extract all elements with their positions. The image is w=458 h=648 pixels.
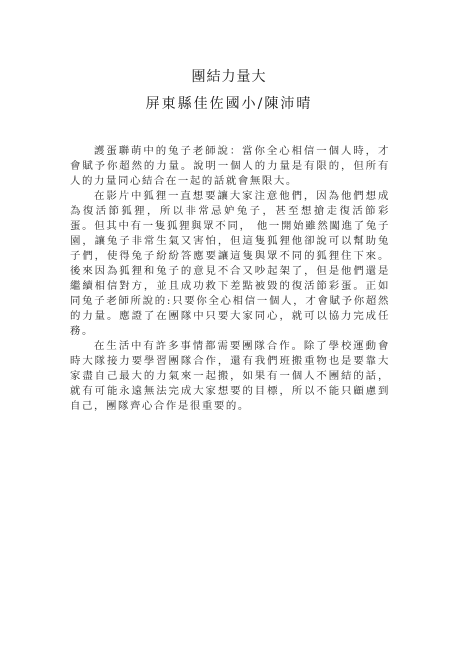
document-author: 屏東縣佳佐國小/陳沛晴 [0, 93, 458, 113]
paragraph-1: 護蛋聯萌中的兔子老師說：當你全心相信一個人時，才會賦予你超然的力量。說明一個人的… [70, 144, 390, 189]
paragraph-2: 在影片中狐狸一直想要讓大家注意他們，因為他們想成為復活節狐狸，所以非常忌妒兔子，… [70, 189, 390, 339]
document-title: 團結力量大 [0, 66, 458, 86]
document-page: 團結力量大 屏東縣佳佐國小/陳沛晴 護蛋聯萌中的兔子老師說：當你全心相信一個人時… [0, 0, 458, 648]
document-body: 護蛋聯萌中的兔子老師說：當你全心相信一個人時，才會賦予你超然的力量。說明一個人的… [70, 144, 390, 414]
paragraph-3: 在生活中有許多事情都需要團隊合作。除了學校運動會時大隊接力要學習團隊合作，還有我… [70, 339, 390, 414]
